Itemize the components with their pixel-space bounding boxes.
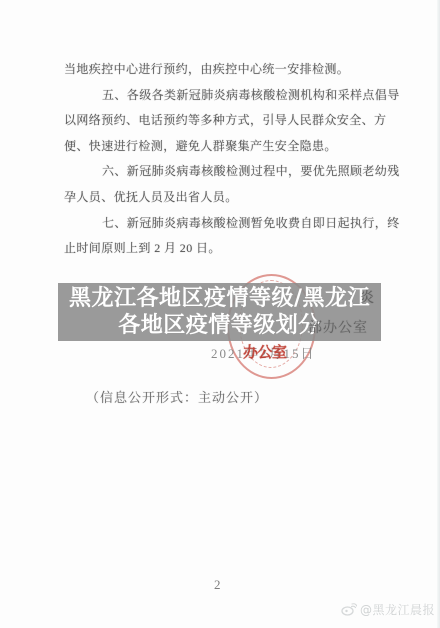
official-seal-text: 办公室 bbox=[243, 341, 287, 362]
signature-fragment-line2: 部办公室 bbox=[308, 317, 368, 337]
scanned-document-page: 当地疾控中心进行预约，由疾控中心统一安排检测。 五、各级各类新冠肺炎病毒核酸检测… bbox=[0, 0, 440, 628]
doc-line: 以网络预约、电话预约等多种方式，引导人民群众安全、方 bbox=[64, 108, 394, 134]
document-body: 当地疾控中心进行预约，由疾控中心统一安排检测。 五、各级各类新冠肺炎病毒核酸检测… bbox=[64, 57, 394, 262]
doc-line: 五、各级各类新冠肺炎病毒核酸检测机构和采样点倡导 bbox=[64, 83, 394, 109]
doc-line: 六、新冠肺炎病毒核酸检测过程中，要优先照顾老幼残 bbox=[64, 159, 394, 185]
page-number: 2 bbox=[214, 577, 221, 593]
info-disclosure-line: （信息公开形式：主动公开） bbox=[86, 387, 268, 406]
overlay-title-line1: 黑龙江各地区疫情等级/黑龙江 bbox=[58, 285, 381, 312]
watermark-text: @黑龙江晨报 bbox=[360, 601, 435, 618]
signature-fragment-line1: 炎 bbox=[360, 287, 374, 307]
doc-line: 止时间原则上到 2 月 20 日。 bbox=[64, 236, 394, 262]
doc-line: 七、新冠肺炎病毒核酸检测暂免收费自即日起执行，终 bbox=[64, 211, 394, 237]
watermark: @黑龙江晨报 bbox=[341, 601, 435, 618]
doc-line: 当地疾控中心进行预约，由疾控中心统一安排检测。 bbox=[64, 57, 394, 83]
doc-line: 便、快速进行检测，避免人群聚集产生安全隐患。 bbox=[64, 134, 394, 160]
weibo-icon bbox=[341, 603, 357, 616]
doc-line: 孕人员、优抚人员及出省人员。 bbox=[64, 185, 394, 211]
